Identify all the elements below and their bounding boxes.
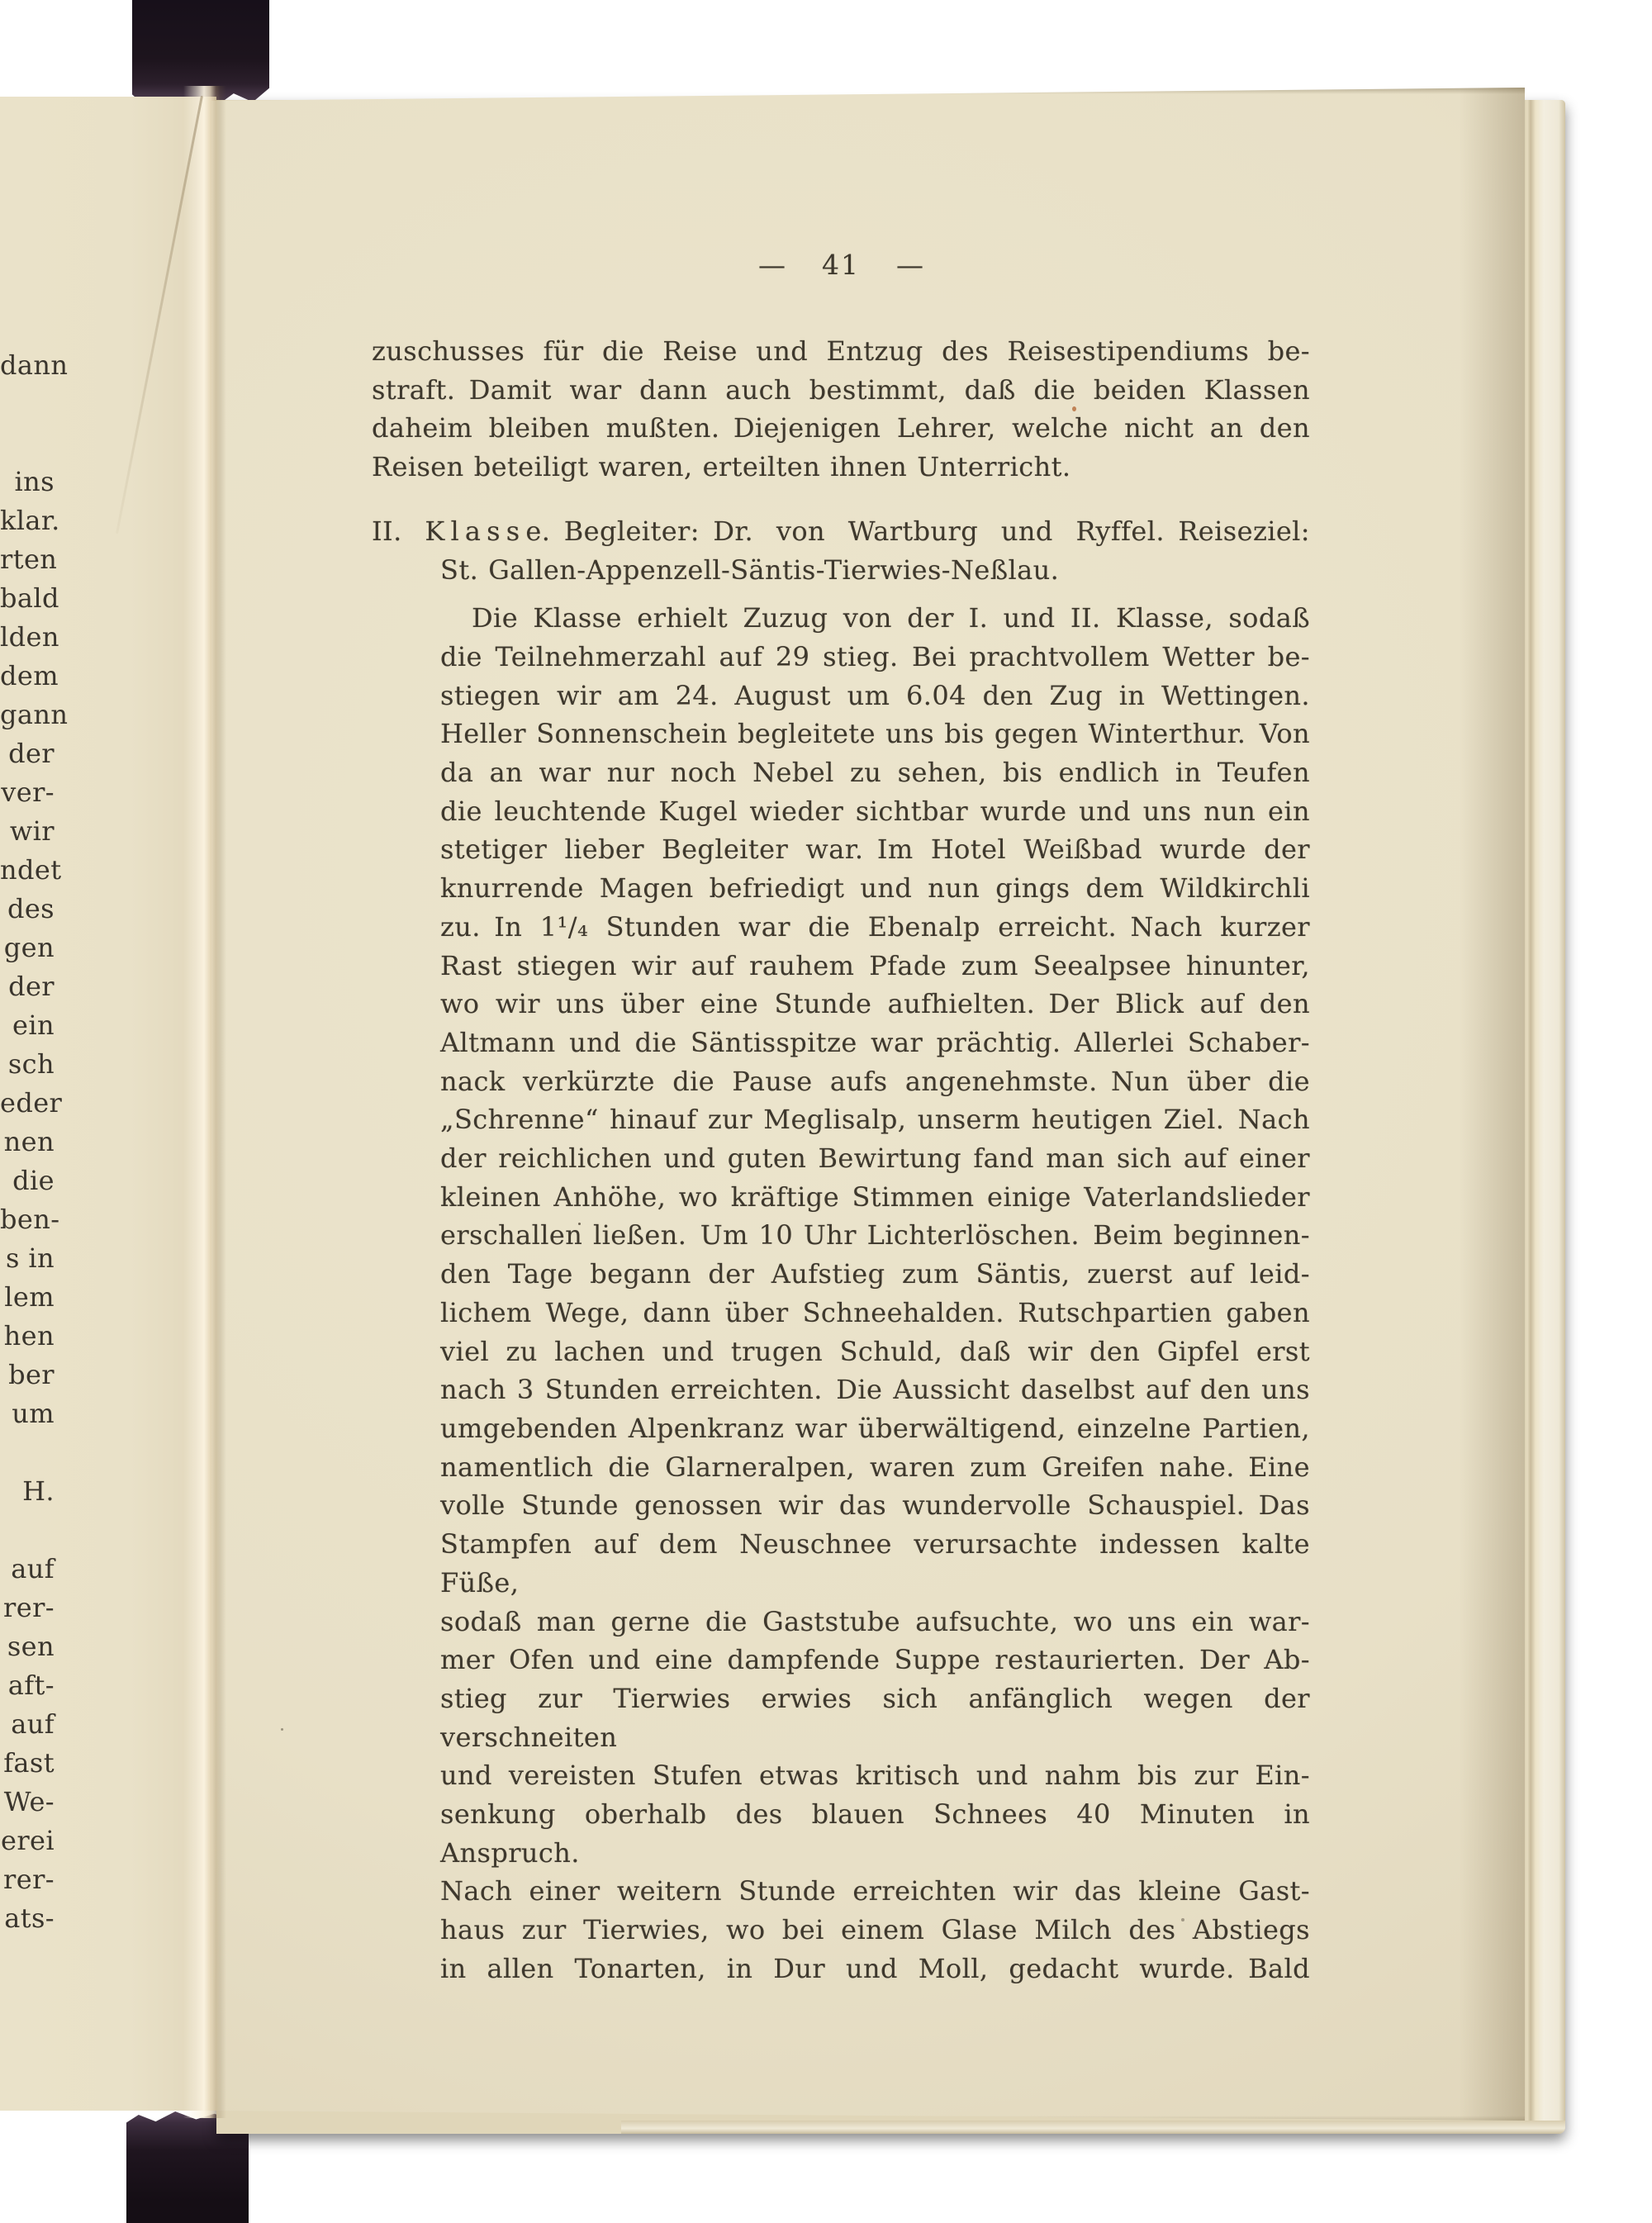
cutoff-text-gap xyxy=(0,1433,55,1472)
cutoff-text-fragment: We- xyxy=(0,1783,55,1822)
cutoff-text-fragment: gen xyxy=(0,929,55,967)
text-line: haus zur Tierwies, wo bei einem Glase Mi… xyxy=(372,1911,1310,1950)
page-number-dash-right: — xyxy=(896,246,923,285)
cutoff-text-fragment: sen xyxy=(0,1627,55,1666)
text-line: mer Ofen und eine dampfende Suppe restau… xyxy=(372,1641,1310,1679)
text-line: erschallen ließen. Um 10 Uhr Lichterlösc… xyxy=(372,1216,1310,1255)
cutoff-text-fragment: rer- xyxy=(0,1589,55,1627)
text-line: II. K l a s s e. Begleiter: Dr. von Wart… xyxy=(372,512,1310,551)
book-page-41: — 41 — zuschusses für die Reise und Entz… xyxy=(211,88,1525,2124)
cutoff-text-fragment: auf xyxy=(0,1705,55,1744)
book-spine-binding-top xyxy=(132,0,269,107)
cutoff-text-fragment: lden xyxy=(0,618,55,657)
text-line: volle Stunde genossen wir das wundervoll… xyxy=(372,1486,1310,1525)
cutoff-text-fragment: klar. xyxy=(0,501,55,540)
cutoff-text-gap xyxy=(0,1511,55,1550)
cutoff-text-fragment: hen xyxy=(0,1317,55,1356)
text-line: nack verkürzte die Pause aufs angenehmst… xyxy=(372,1062,1310,1101)
page-edge-lines-right xyxy=(1522,100,1565,2134)
text-line: sodaß man gerne die Gaststube aufsuchte,… xyxy=(372,1603,1310,1641)
cutoff-text-fragment: ndet xyxy=(0,851,55,890)
cutoff-text-fragment: bald xyxy=(0,579,55,618)
text-line: viel zu lachen und trugen Schuld, daß wi… xyxy=(372,1332,1310,1371)
text-line: stieg zur Tierwies erwies sich anfänglic… xyxy=(372,1679,1310,1756)
cutoff-text-fragment: nen xyxy=(0,1123,55,1161)
text-line: Heller Sonnenschein begleitete uns bis g… xyxy=(372,715,1310,753)
cutoff-text-fragment: der xyxy=(0,967,55,1006)
text-line: lichem Wege, dann über Schneehalden. Rut… xyxy=(372,1294,1310,1332)
text-line: und vereisten Stufen etwas kritisch und … xyxy=(372,1756,1310,1795)
cutoff-text-fragment: H. xyxy=(0,1472,55,1511)
text-line: Die Klasse erhielt Zuzug von der I. und … xyxy=(372,599,1310,638)
cutoff-text-fragment: sch xyxy=(0,1045,55,1084)
text-line: die Teilnehmerzahl auf 29 stieg. Bei pra… xyxy=(372,638,1310,677)
cutoff-text-fragment: um xyxy=(0,1394,55,1433)
text-line: stetiger lieber Begleiter war. Im Hotel … xyxy=(372,830,1310,869)
facing-page-sliver: dann insklar.rtenbaldldendemgannderver-w… xyxy=(0,97,216,2111)
cutoff-text-fragment: erei xyxy=(0,1822,55,1860)
cutoff-text-fragment: ber xyxy=(0,1356,55,1394)
text-line: Nach einer weitern Stunde erreichten wir… xyxy=(372,1872,1310,1911)
text-line: namentlich die Glarneralpen, waren zum G… xyxy=(372,1448,1310,1487)
text-line: wo wir uns über eine Stunde aufhielten. … xyxy=(372,985,1310,1024)
text-line: Stampfen auf dem Neuschnee verursachte i… xyxy=(372,1525,1310,1602)
cutoff-text-fragment: ins xyxy=(0,463,55,501)
text-line: die leuchtende Kugel wieder sichtbar wur… xyxy=(372,792,1310,831)
cutoff-text-fragment: dann xyxy=(0,346,55,385)
text-line: da an war nur noch Nebel zu sehen, bis e… xyxy=(372,753,1310,792)
cutoff-text-gap xyxy=(0,385,55,424)
cutoff-text-fragment: wir xyxy=(0,812,55,851)
text-line: zu. In 1¹/₄ Stunden war die Ebenalp erre… xyxy=(372,908,1310,947)
text-line: „Schrenne“ hinauf zur Meglisalp, unserm … xyxy=(372,1100,1310,1139)
text-line: knurrende Magen befriedigt und nun gings… xyxy=(372,869,1310,908)
page-number-dash-left: — xyxy=(758,246,786,285)
cutoff-text-fragment: die xyxy=(0,1161,55,1200)
cutoff-text-fragment: lem xyxy=(0,1278,55,1317)
cutoff-text-fragment: aft- xyxy=(0,1666,55,1705)
text-line: der reichlichen und guten Bewirtung fand… xyxy=(372,1139,1310,1178)
cutoff-text-fragment: gann xyxy=(0,696,55,734)
facing-page-text-column: dann insklar.rtenbaldldendemgannderver-w… xyxy=(0,346,55,1938)
cutoff-text-fragment: der xyxy=(0,734,55,773)
text-line: Rast stiegen wir auf rauhem Pfade zum Se… xyxy=(372,947,1310,986)
cutoff-text-fragment: eder xyxy=(0,1084,55,1123)
intro-paragraph: zuschusses für die Reise und Entzug des … xyxy=(372,332,1310,487)
cutoff-text-fragment: ben- xyxy=(0,1200,55,1239)
cutoff-text-fragment: auf xyxy=(0,1550,55,1589)
cutoff-text-fragment: s in xyxy=(0,1239,55,1278)
text-line: kleinen Anhöhe, wo kräftige Stimmen eini… xyxy=(372,1178,1310,1217)
cutoff-text-fragment: des xyxy=(0,890,55,929)
text-line: senkung oberhalb des blauen Schnees 40 M… xyxy=(372,1795,1310,1872)
text-line: zuschusses für die Reise und Entzug des … xyxy=(372,332,1310,371)
page-edge-lines-bottom xyxy=(621,2121,1565,2134)
book-scan-photo: dann insklar.rtenbaldldendemgannderver-w… xyxy=(0,0,1652,2223)
page-number-header: — 41 — xyxy=(372,246,1310,285)
text-line: in allen Tonarten, in Dur und Moll, geda… xyxy=(372,1950,1310,1988)
cutoff-text-gap xyxy=(0,424,55,463)
cutoff-text-fragment: dem xyxy=(0,657,55,696)
text-line: straft. Damit war dann auch bestimmt, da… xyxy=(372,371,1310,410)
cutoff-text-fragment: rer- xyxy=(0,1860,55,1899)
text-line: daheim bleiben mußten. Diejenigen Lehrer… xyxy=(372,409,1310,448)
page-number: 41 xyxy=(822,246,860,285)
cutoff-text-fragment: rten xyxy=(0,540,55,579)
class-heading-paragraph: II. K l a s s e. Begleiter: Dr. von Wart… xyxy=(372,512,1310,589)
text-line: St. Gallen-Appenzell-Säntis-Tierwies-Neß… xyxy=(372,551,1310,590)
text-line: umgebenden Alpenkranz war überwältigend,… xyxy=(372,1409,1310,1448)
cutoff-text-fragment: fast xyxy=(0,1744,55,1783)
text-line: Altmann und die Säntisspitze war prächti… xyxy=(372,1024,1310,1062)
text-line: nach 3 Stunden erreichten. Die Aussicht … xyxy=(372,1370,1310,1409)
text-line: den Tage begann der Aufstieg zum Säntis,… xyxy=(372,1255,1310,1294)
cutoff-text-fragment: ver- xyxy=(0,773,55,812)
page-text-column: — 41 — zuschusses für die Reise und Entz… xyxy=(372,246,1310,1988)
travel-report-paragraph: Die Klasse erhielt Zuzug von der I. und … xyxy=(372,599,1310,1988)
text-line: Reisen beteiligt waren, erteilten ihnen … xyxy=(372,448,1310,487)
cutoff-text-fragment: ats- xyxy=(0,1899,55,1938)
text-line: stiegen wir am 24. August um 6.04 den Zu… xyxy=(372,677,1310,715)
cutoff-text-fragment: ein xyxy=(0,1006,55,1045)
